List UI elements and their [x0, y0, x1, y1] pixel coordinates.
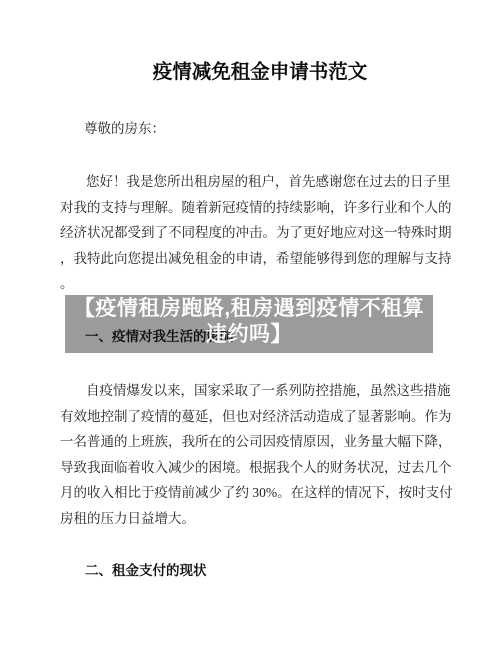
ad-overlay-text[interactable]: 【疫情租房跑路,租房遇到疫情不租算违约吗】 [65, 296, 433, 348]
section-heading-2: 二、租金支付的现状 [85, 563, 207, 579]
ad-overlay-line-1: 【疫情租房跑路,租房遇到疫情不租算 [74, 297, 424, 320]
document-page: 疫情减免租金申请书范文 尊敬的房东： 您好！我是您所出租房屋的租户，首先感谢您在… [0, 0, 500, 647]
page-title: 疫情减免租金申请书范文 [60, 60, 460, 84]
text-line: 导致我面临着收入减少的困境。根据我个人的财务状况，过去几个 [60, 455, 440, 481]
text-line: 一名普通的上班族，我所在的公司因疫情原因，业务量大幅下降， [60, 429, 440, 455]
ad-overlay-line-2: 违约吗】 [206, 323, 292, 346]
text-line: 有效地控制了疫情的蔓延，但也对经济活动造成了显著影响。作为 [60, 404, 440, 430]
paragraph-2: 自疫情爆发以来，国家采取了一系列防控措施，虽然这些措施 有效地控制了疫情的蔓延，… [60, 378, 440, 531]
text-line: 房租的压力日益增大。 [60, 506, 440, 532]
paragraph-1: 您好！我是您所出租房屋的租户，首先感谢您在过去的日子里 对我的支持与理解。随着新… [60, 169, 440, 297]
text-line: 。 [60, 271, 440, 297]
text-line: 对我的支持与理解。随着新冠疫情的持续影响，许多行业和个人的 [60, 195, 440, 221]
text-line: 自疫情爆发以来，国家采取了一系列防控措施，虽然这些措施 [60, 378, 440, 404]
text-line: 经济状况都受到了不同程度的冲击。为了更好地应对这一特殊时期 [60, 220, 440, 246]
text-line: 您好！我是您所出租房屋的租户，首先感谢您在过去的日子里 [60, 169, 440, 195]
text-line: ，我特此向您提出减免租金的申请，希望能够得到您的理解与支持 [60, 246, 440, 272]
salutation: 尊敬的房东： [84, 120, 165, 138]
text-line: 月的收入相比于疫情前减少了约 30%。在这样的情况下，按时支付 [60, 480, 440, 506]
